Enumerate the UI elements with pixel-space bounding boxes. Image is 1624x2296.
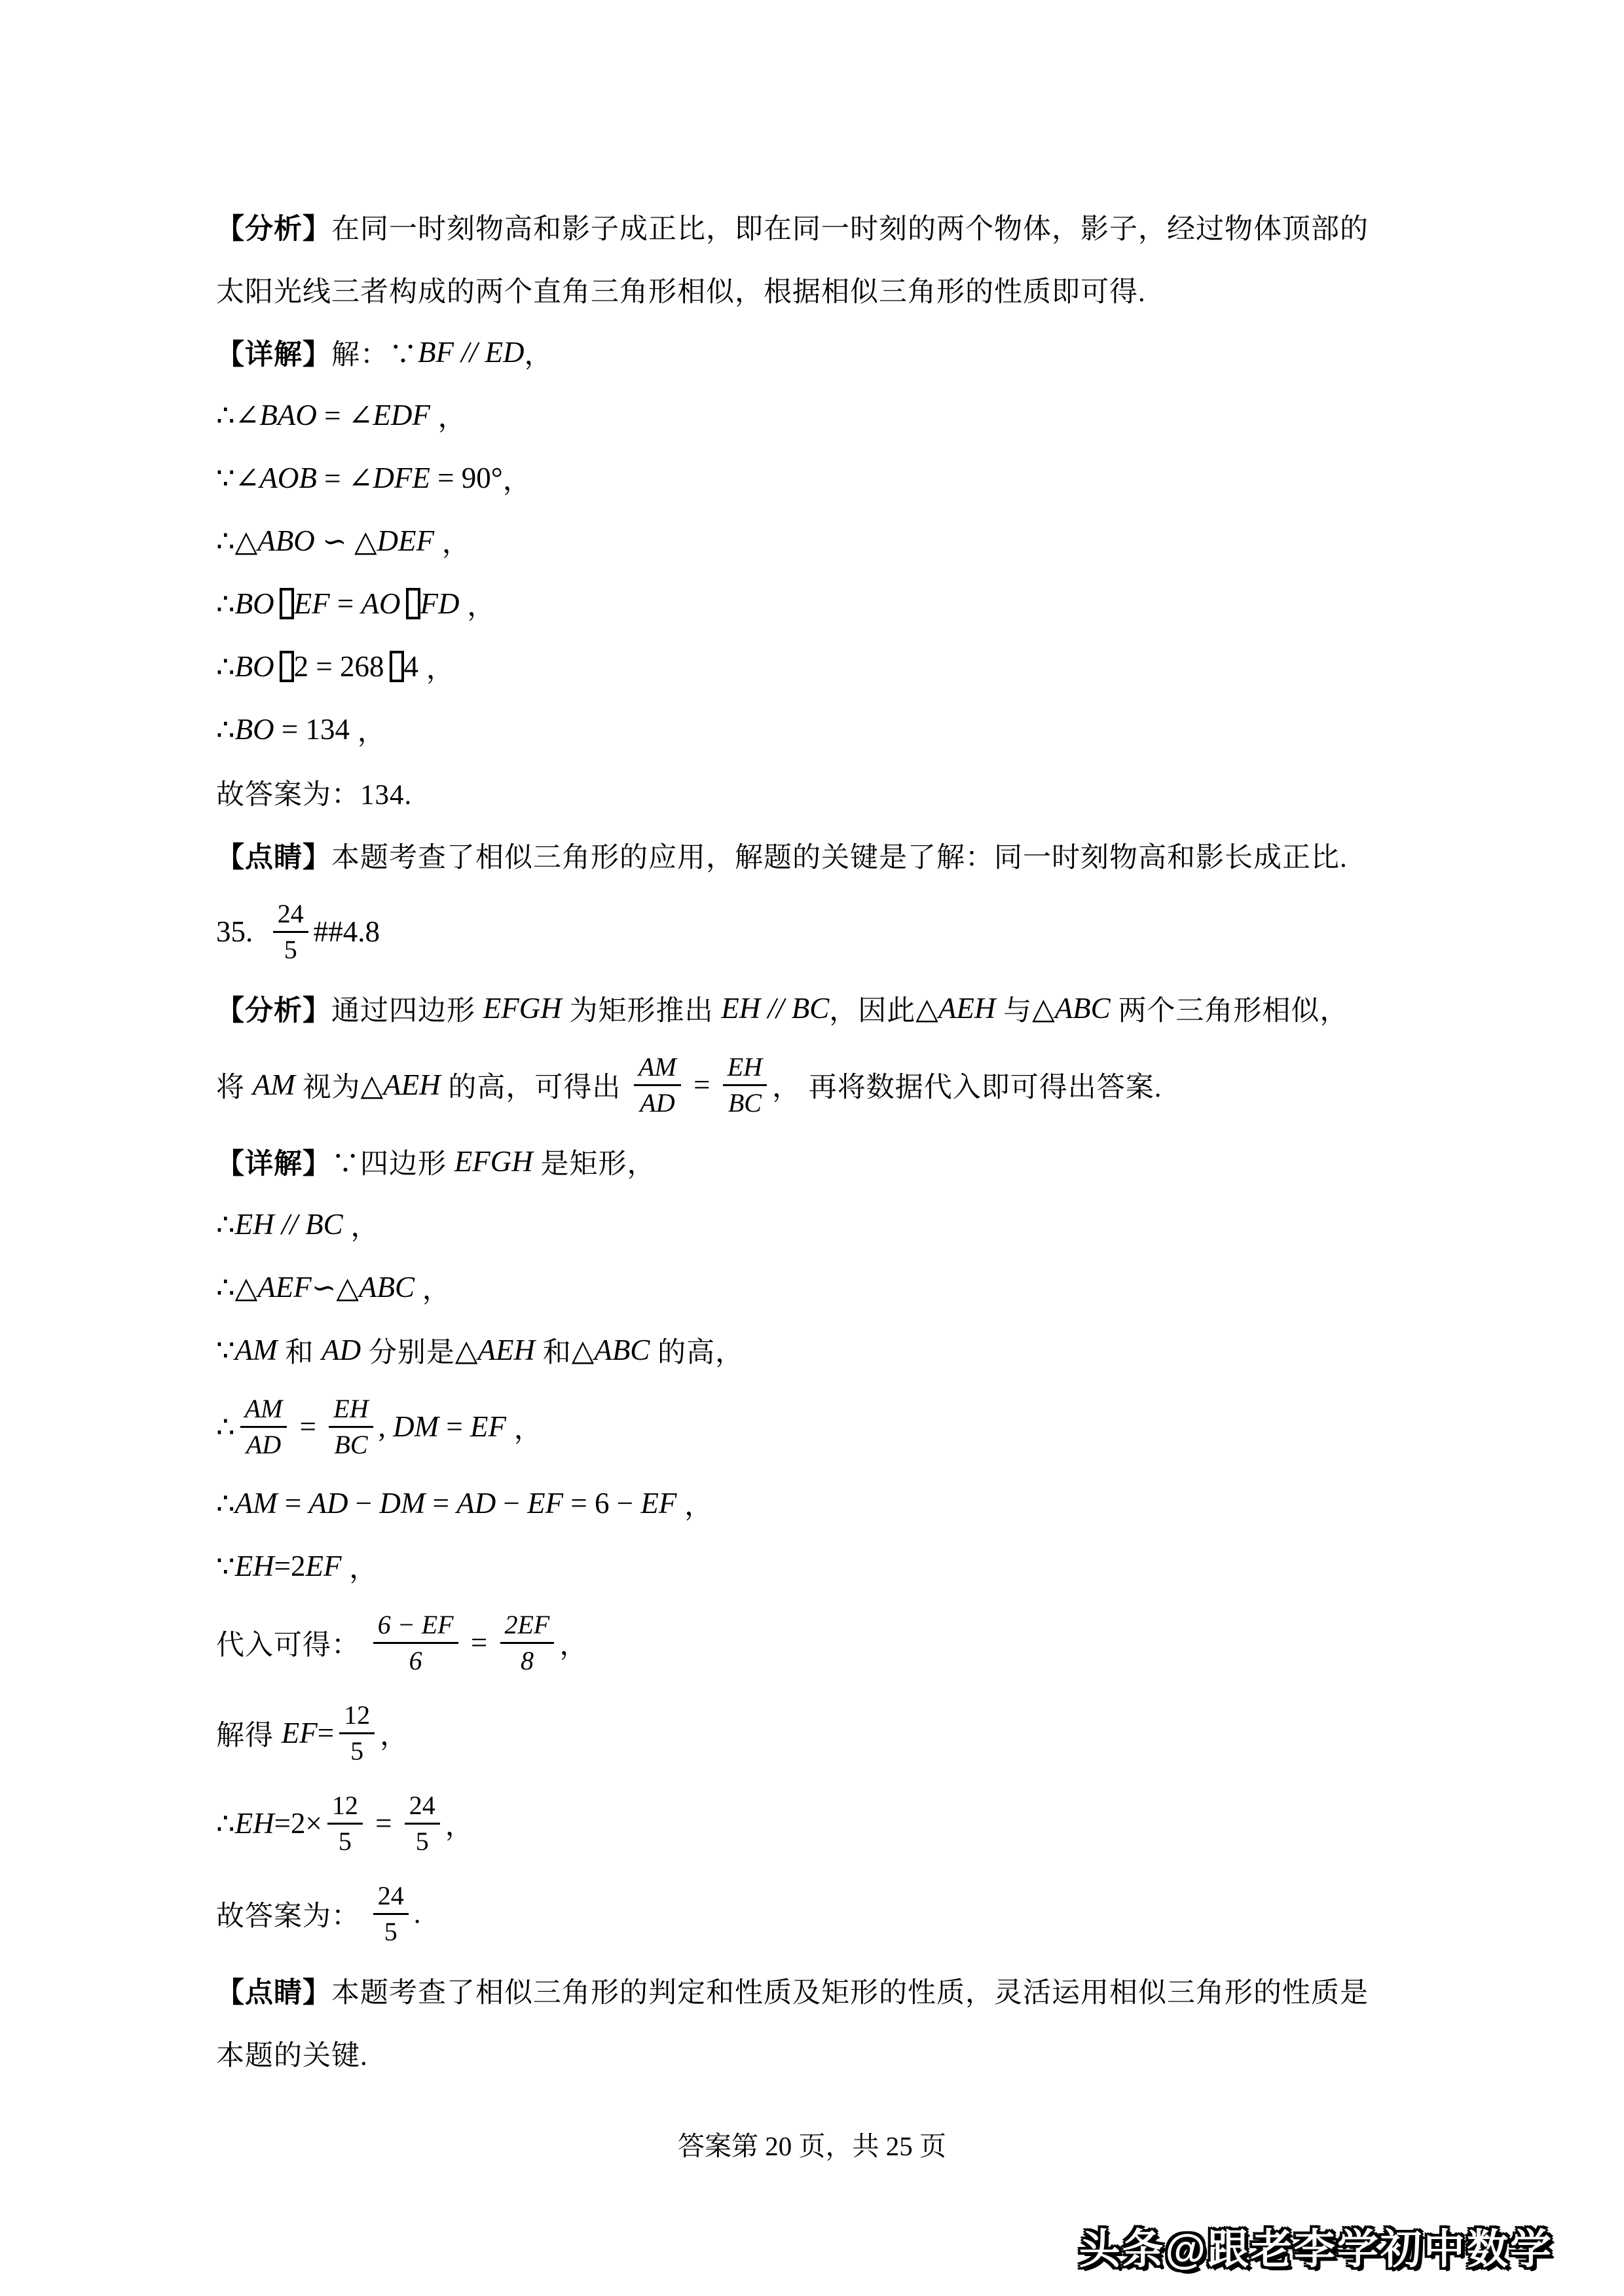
content-line: ∴BO = 134 ， <box>216 698 1414 761</box>
text-run: 和 <box>535 1330 572 1370</box>
text-run: 【详解】 <box>216 333 331 373</box>
text-run: ， <box>418 647 455 687</box>
text-run: ， <box>506 1407 543 1447</box>
text-run: ， <box>415 1267 451 1307</box>
content-line: 太阳光线三者构成的两个直角三角形相似，根据相似三角形的性质即可得. <box>216 258 1414 321</box>
text-run: EFGH <box>483 991 562 1025</box>
fraction-numerator: EH <box>329 1393 373 1427</box>
text-run: EF <box>470 1410 506 1444</box>
content-line: ∴∠BAO = ∠EDF ， <box>216 384 1414 446</box>
text-run: 分别是 <box>361 1330 455 1370</box>
text-run: ， <box>434 521 471 561</box>
content-line: 【详解】∵四边形 EFGH 是矩形， <box>216 1130 1414 1193</box>
content-line: 故答案为：134. <box>216 761 1414 824</box>
fraction-denominator: 6 <box>405 1644 427 1676</box>
content-line: ∵∠AOB = ∠DFE = 90°， <box>216 446 1414 509</box>
text-run: 将 <box>216 1065 253 1105</box>
text-run: EF <box>294 587 330 621</box>
text-run: ， <box>460 584 496 624</box>
text-run: AEH <box>383 1068 440 1102</box>
text-run: = 6 − <box>563 1486 640 1520</box>
text-run: ∴ <box>216 587 235 621</box>
text-run: 35. <box>216 915 268 949</box>
content-line: ∴BO2 = 2684 ， <box>216 635 1414 698</box>
text-run: 本题考查了相似三角形的判定和性质及矩形的性质，灵活运用相似三角形的性质是 <box>331 1971 1369 2011</box>
text-run: =2 <box>274 1549 306 1583</box>
text-run: BO <box>235 712 274 746</box>
content-line: 35. 245##4.8 <box>216 886 1414 977</box>
fraction: 245 <box>373 1880 409 1946</box>
fraction-denominator: 5 <box>280 933 302 965</box>
text-run: AEH <box>477 1333 534 1367</box>
text-run: ∴ <box>216 1207 235 1242</box>
fraction-numerator: 2EF <box>500 1609 555 1643</box>
text-run: AOB <box>259 461 316 495</box>
content-line: 【分析】通过四边形 EFGH 为矩形推出 EH // BC，因此△AEH 与△A… <box>216 977 1414 1040</box>
text-run: = <box>330 587 361 621</box>
fraction: 125 <box>327 1790 363 1856</box>
fraction: 125 <box>339 1700 375 1766</box>
text-run: AD <box>309 1486 348 1520</box>
text-run: 【点睛】 <box>216 1971 331 2011</box>
text-run: ∴△ <box>216 524 257 558</box>
text-run: BO <box>235 587 274 621</box>
text-run: EFGH <box>454 1144 533 1178</box>
text-run: = <box>464 1626 495 1660</box>
text-run: ∴ <box>216 1410 235 1444</box>
text-run: AEH <box>938 991 995 1025</box>
fraction-denominator: BC <box>724 1086 766 1118</box>
text-run: ∵∠ <box>216 461 259 496</box>
text-run: = 90° <box>430 461 503 495</box>
text-run: = <box>292 1410 323 1444</box>
text-run: ABC <box>594 1333 650 1367</box>
content-line: 本题的关键. <box>216 2022 1414 2085</box>
text-run: ，因此 <box>829 989 915 1029</box>
content-line: 故答案为： 245. <box>216 1868 1414 1959</box>
text-run: ， <box>343 1205 380 1245</box>
fraction-denominator: 5 <box>346 1734 368 1766</box>
text-run: ∵四边形 <box>331 1142 454 1182</box>
text-run: △ <box>915 991 938 1026</box>
text-run: BO <box>235 649 274 683</box>
content-line: ∴△ABO ∽ △DEF ， <box>216 509 1414 572</box>
text-run: 故答案为： <box>216 1894 368 1934</box>
text-run: 视为 <box>295 1065 361 1105</box>
text-run: △ <box>360 1068 383 1102</box>
text-run: EDF <box>373 398 430 432</box>
text-run: 本题的关键. <box>216 2033 368 2073</box>
text-run: = <box>686 1068 718 1102</box>
text-run: ∴∠ <box>216 398 259 433</box>
text-run: DM <box>393 1410 439 1444</box>
text-run: = ∠ <box>317 398 373 433</box>
text-run: 【分析】 <box>216 207 331 247</box>
text-run: ， <box>676 1484 713 1523</box>
content-line: ∴△AEF∽△ABC ， <box>216 1256 1414 1319</box>
content-line: ∴BOEF = AOFD ， <box>216 572 1414 635</box>
text-run: EH <box>235 1549 274 1583</box>
text-run: AM <box>235 1486 278 1520</box>
text-run: 太阳光线三者构成的两个直角三角形相似，根据相似三角形的性质即可得. <box>216 270 1146 310</box>
text-run: AD <box>322 1333 361 1367</box>
text-run: = <box>439 1410 470 1444</box>
text-run: ∵ <box>216 1549 235 1584</box>
text-run: ∽ △ <box>315 524 377 558</box>
text-run: ∴△ <box>216 1270 257 1305</box>
content-line: ∴EH=2×125 = 245， <box>216 1778 1414 1868</box>
text-run: 4 <box>404 649 419 683</box>
missing-glyph-box <box>390 651 404 682</box>
text-run: , <box>378 1410 394 1444</box>
text-run: 两个三角形相似， <box>1111 989 1349 1029</box>
fraction-numerator: AM <box>240 1393 287 1427</box>
text-run: DEF <box>377 524 434 558</box>
text-run: EF <box>640 1486 676 1520</box>
text-run: = ∠ <box>317 461 373 496</box>
text-run: 故答案为：134. <box>216 773 412 812</box>
text-run: − <box>496 1486 527 1520</box>
text-run: ， <box>430 395 467 435</box>
content-line: 将 AM 视为△AEH 的高，可得出 AMAD = EHBC， 再将数据代入即可… <box>216 1040 1414 1130</box>
fraction-numerator: 12 <box>327 1790 363 1824</box>
text-run: △ <box>572 1333 595 1368</box>
watermark: 头条@跟老李学初中数学 <box>1079 2216 1553 2276</box>
fraction-denominator: 5 <box>380 1915 402 1947</box>
fraction-denominator: 5 <box>411 1825 434 1857</box>
fraction: AMAD <box>240 1393 287 1459</box>
content-line: 代入可得： 6 − EF6 = 2EF8， <box>216 1597 1414 1688</box>
text-run: △ <box>455 1333 478 1368</box>
text-run: = 134 <box>274 712 350 746</box>
missing-glyph-box <box>280 651 294 682</box>
text-run: AD <box>456 1486 496 1520</box>
fraction-numerator: EH <box>723 1051 767 1085</box>
fraction-denominator: AD <box>635 1086 679 1118</box>
fraction-denominator: AD <box>242 1428 286 1460</box>
content-line: 解得 EF=125， <box>216 1688 1414 1778</box>
content-line: ∴AMAD = EHBC, DM = EF ， <box>216 1381 1414 1472</box>
text-run: 【详解】 <box>216 1142 331 1182</box>
text-run: 的高， <box>650 1330 744 1370</box>
text-run: ∽△ <box>312 1270 359 1305</box>
text-run: 【分析】 <box>216 989 331 1029</box>
fraction: 2EF8 <box>500 1609 555 1675</box>
content-line: 【点睛】本题考查了相似三角形的判定和性质及矩形的性质，灵活运用相似三角形的性质是 <box>216 1959 1414 2022</box>
text-run: 与 <box>995 989 1032 1029</box>
text-run: ∴ <box>216 1806 235 1841</box>
text-run: ABC <box>359 1270 415 1304</box>
text-run: ， <box>503 458 532 498</box>
text-run: BF // ED <box>418 335 524 369</box>
fraction: 6 − EF6 <box>373 1609 458 1675</box>
fraction-numerator: AM <box>634 1051 681 1085</box>
text-run: 【点睛】 <box>216 835 331 875</box>
text-run: ABO <box>257 524 314 558</box>
fraction-denominator: 5 <box>334 1825 356 1857</box>
text-run: 和 <box>278 1330 322 1370</box>
fraction-denominator: 8 <box>516 1644 538 1676</box>
text-run: EF <box>306 1549 342 1583</box>
missing-glyph-box <box>280 588 294 619</box>
text-run: DFE <box>373 461 430 495</box>
text-run: 2 = 268 <box>294 649 384 683</box>
fraction-numerator: 24 <box>405 1790 440 1824</box>
fraction-numerator: 6 − EF <box>373 1609 458 1643</box>
text-run: ∴ <box>216 1486 235 1521</box>
text-run: EH // BC <box>721 991 829 1025</box>
fraction: EHBC <box>329 1393 373 1459</box>
text-run: 解得 <box>216 1713 282 1753</box>
text-run: = <box>425 1486 456 1520</box>
fraction: EHBC <box>723 1051 767 1118</box>
text-run: 在同一时刻物高和影子成正比，即在同一时刻的两个物体，影子，经过物体顶部的 <box>331 207 1369 247</box>
text-run: ∵ <box>216 1333 235 1368</box>
content-line: 【详解】解：∵BF // ED， <box>216 321 1414 384</box>
content-line: ∵AM 和 AD 分别是△AEH 和△ABC 的高， <box>216 1319 1414 1381</box>
fraction-numerator: 12 <box>339 1700 375 1734</box>
text-run: EH <box>235 1806 274 1840</box>
text-run: EH // BC <box>235 1207 343 1241</box>
text-run: = <box>278 1486 309 1520</box>
text-run: ∴ <box>216 712 235 747</box>
text-run: 本题考查了相似三角形的应用，解题的关键是了解：同一时刻物高和影长成正比. <box>331 835 1348 875</box>
text-run: AO <box>361 587 401 621</box>
fraction-denominator: BC <box>329 1428 372 1460</box>
text-run: ， <box>350 710 386 750</box>
fraction: 245 <box>273 898 308 964</box>
text-run: 是矩形， <box>533 1142 656 1182</box>
content-line: 【分析】在同一时刻物高和影子成正比，即在同一时刻的两个物体，影子，经过物体顶部的 <box>216 195 1414 258</box>
text-run: ， <box>559 1623 588 1663</box>
text-run: AM <box>253 1068 295 1102</box>
fraction: AMAD <box>634 1051 681 1118</box>
fraction: 245 <box>405 1790 440 1856</box>
text-run: = <box>368 1806 399 1840</box>
content-line: ∴EH // BC ， <box>216 1193 1414 1256</box>
text-run: 解：∵ <box>331 333 418 373</box>
text-run: =2× <box>274 1806 322 1840</box>
text-run: ABC <box>1055 991 1111 1025</box>
text-run: ， <box>380 1713 409 1753</box>
document-body: 【分析】在同一时刻物高和影子成正比，即在同一时刻的两个物体，影子，经过物体顶部的… <box>216 195 1414 2085</box>
text-run: AM <box>235 1333 278 1367</box>
text-run: FD <box>420 587 460 621</box>
text-run: EF <box>282 1716 318 1750</box>
text-run: 代入可得： <box>216 1623 368 1663</box>
text-run: = <box>318 1716 334 1750</box>
text-run: DM <box>379 1486 425 1520</box>
content-line: ∴AM = AD − DM = AD − EF = 6 − EF ， <box>216 1472 1414 1535</box>
text-run: − <box>348 1486 380 1520</box>
text-run: ∴ <box>216 649 235 684</box>
text-run: 为矩形推出 <box>562 989 722 1029</box>
text-run: EF <box>527 1486 563 1520</box>
text-run: ， 再将数据代入即可得出答案. <box>772 1065 1162 1105</box>
fraction-numerator: 24 <box>273 898 308 932</box>
text-run: . <box>414 1898 422 1930</box>
text-run: ， <box>524 333 553 373</box>
text-run: 通过四边形 <box>331 989 483 1029</box>
text-run: ， <box>445 1804 474 1844</box>
content-line: 【点睛】本题考查了相似三角形的应用，解题的关键是了解：同一时刻物高和影长成正比. <box>216 824 1414 886</box>
text-run: AEF <box>257 1270 311 1304</box>
fraction-numerator: 24 <box>373 1880 409 1914</box>
text-run: ##4.8 <box>314 915 380 949</box>
missing-glyph-box <box>406 588 420 619</box>
text-run: 的高，可得出 <box>441 1065 629 1105</box>
text-run: △ <box>1032 991 1055 1026</box>
content-line: ∵EH=2EF ， <box>216 1535 1414 1597</box>
text-run: BAO <box>259 398 316 432</box>
text-run: ， <box>342 1546 378 1586</box>
page-footer: 答案第 20 页，共 25 页 <box>0 2124 1624 2163</box>
